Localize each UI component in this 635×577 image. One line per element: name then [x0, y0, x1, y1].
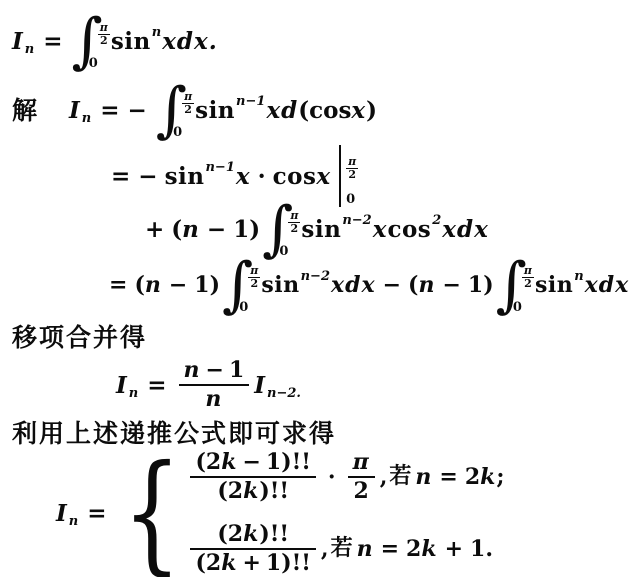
math-variable: k — [221, 450, 237, 474]
integral-upper-limit: π2 — [522, 256, 534, 290]
integral: ∫π20 — [496, 255, 534, 315]
math-function: sin — [195, 99, 235, 122]
math-operator: − — [242, 450, 260, 474]
mini-denominator: 2 — [289, 223, 301, 235]
superscript: 2 — [432, 214, 441, 227]
chinese-text: 若 — [389, 466, 413, 488]
numerator: (2k)!! — [212, 521, 294, 548]
solution-step-integration-by-parts: 解In= −∫π20sinn−1xd(cosx) — [12, 78, 377, 142]
integral-upper-limit: π2 — [248, 256, 260, 290]
math-text: 2 — [406, 538, 421, 560]
mini-numerator: π — [346, 156, 358, 168]
math-variable: x — [236, 165, 251, 188]
numerator: n−1 — [179, 357, 250, 384]
left-brace-icon: { — [122, 448, 181, 577]
fraction: π2 — [348, 449, 375, 505]
equation-in-definition: In=∫π20sinnxdx. — [12, 10, 218, 72]
math-operator: − — [169, 274, 187, 296]
integral-limits: π20 — [522, 255, 534, 315]
math-operator: − — [442, 274, 460, 296]
math-function: sin — [111, 30, 151, 53]
math-text: ) — [366, 99, 377, 122]
math-text: , — [321, 538, 329, 560]
math-variable: n — [357, 538, 374, 560]
equation-piecewise-result: In={(2k−1)!!(2k)!!·π2,若n=2k;(2k)!!(2k+1)… — [56, 450, 505, 576]
math-operator: = — [87, 502, 106, 525]
math-text: ; — [496, 466, 504, 488]
math-operator: = — [109, 274, 127, 296]
math-text: 2 — [465, 466, 480, 488]
subscript: n−2. — [267, 387, 301, 400]
integral: ∫π20 — [222, 255, 260, 315]
math-operator: + — [242, 551, 260, 575]
math-variable: n — [182, 218, 200, 241]
text-rearrange-terms: 移项合并得 — [12, 322, 147, 352]
superscript: n−1 — [236, 95, 265, 108]
math-function: sin — [165, 165, 205, 188]
math-text: (cos — [298, 99, 351, 122]
math-text: (2 — [195, 551, 221, 575]
integral-lower-limit: 0 — [513, 301, 534, 314]
chinese-text: 移项合并得 — [12, 325, 147, 350]
mini-fraction: π2 — [248, 265, 260, 290]
math-operator: − — [207, 218, 226, 241]
integral-upper-limit: π2 — [182, 81, 194, 116]
math-text: )!! — [259, 479, 289, 503]
equation-recurrence: In=n−1nIn−2. — [116, 356, 303, 414]
math-variable: I — [116, 374, 128, 397]
integral-lower-limit: 0 — [239, 301, 260, 314]
math-operator: = — [43, 30, 62, 53]
math-text: 1. — [470, 538, 493, 560]
math-text: 1) — [233, 218, 260, 241]
mini-fraction: π2 — [522, 265, 534, 290]
solution-step-expanded-integral: +(n−1)∫π20sinn−2xcos2xdx — [138, 198, 489, 260]
superscript: n−2 — [342, 214, 371, 227]
math-variable: I — [69, 99, 81, 122]
math-variable: n — [184, 358, 201, 382]
math-variable: n — [205, 387, 222, 411]
fraction: n−1n — [179, 357, 250, 413]
math-variable: xdx — [585, 274, 630, 296]
superscript: n−2 — [301, 270, 330, 283]
integral: ∫π20 — [262, 199, 300, 259]
math-text: (2 — [217, 479, 243, 503]
subscript: n — [129, 387, 138, 400]
mini-numerator: π — [248, 265, 260, 277]
math-operator: = — [381, 538, 399, 560]
math-variable: x — [351, 99, 366, 122]
math-function: cos — [273, 165, 317, 188]
math-variable: xdx. — [162, 30, 218, 53]
integral-limits: π20 — [288, 199, 300, 259]
math-variable: k — [243, 479, 259, 503]
math-variable: k — [221, 551, 237, 575]
math-variable: n — [415, 466, 432, 488]
math-variable: x — [373, 218, 388, 241]
math-text: 1) — [468, 274, 494, 296]
math-text: 1)!! — [266, 551, 311, 575]
subscript: n — [69, 515, 78, 528]
math-operator: + — [145, 218, 164, 241]
math-text: (2 — [217, 522, 243, 546]
piecewise-cases: {(2k−1)!!(2k)!!·π2,若n=2k;(2k)!!(2k+1)!!,… — [116, 447, 505, 577]
math-text: ( — [408, 274, 418, 296]
math-variable: xdx — [331, 274, 376, 296]
math-function: sin — [301, 218, 341, 241]
math-function: sin — [535, 274, 573, 296]
math-text: 2 — [353, 479, 368, 503]
numerator: (2k−1)!! — [190, 449, 315, 476]
math-operator: − — [206, 358, 224, 382]
math-function: sin — [261, 274, 299, 296]
integral: ∫π20 — [156, 80, 194, 140]
mini-denominator: 2 — [248, 278, 260, 290]
math-operator: = − — [100, 99, 147, 122]
math-variable: x — [316, 165, 331, 188]
denominator: (2k+1)!! — [190, 550, 315, 577]
integral-lower-limit: 0 — [173, 126, 194, 139]
mini-fraction: π2 — [182, 91, 194, 116]
mini-fraction: π2 — [98, 22, 110, 47]
math-operator: = — [147, 374, 166, 397]
mini-denominator: 2 — [346, 169, 358, 181]
math-text: ( — [171, 218, 182, 241]
math-variable: xd — [266, 99, 298, 122]
math-variable: k — [243, 522, 259, 546]
math-function: cos — [387, 218, 431, 241]
subscript: n — [25, 43, 34, 56]
numerator: π — [348, 449, 375, 476]
mini-denominator: 2 — [522, 278, 534, 290]
math-text: 1 — [229, 358, 244, 382]
fraction: (2k)!!(2k+1)!! — [190, 521, 315, 577]
math-text: 1) — [194, 274, 220, 296]
integral-upper-limit: π2 — [98, 12, 110, 47]
fraction: (2k−1)!!(2k)!! — [190, 449, 315, 505]
math-variable: I — [12, 30, 24, 53]
math-operator: − — [383, 274, 401, 296]
math-text: , — [380, 466, 388, 488]
superscript: n−1 — [205, 161, 234, 174]
math-operator: + — [445, 538, 463, 560]
math-variable: I — [254, 374, 266, 397]
integral-lower-limit: 0 — [89, 57, 110, 70]
math-variable: π — [353, 450, 370, 474]
integral: ∫π20 — [72, 11, 110, 71]
mini-numerator: π — [522, 265, 534, 277]
math-variable: k — [480, 466, 496, 488]
evaluation-upper-limit: π2 — [346, 146, 358, 181]
math-text: )!! — [259, 522, 289, 546]
mini-numerator: π — [182, 91, 194, 103]
case-rows: (2k−1)!!(2k)!!·π2,若n=2k;(2k)!!(2k+1)!!,若… — [185, 449, 504, 577]
mini-denominator: 2 — [98, 35, 110, 47]
math-text: (2 — [195, 450, 221, 474]
superscript: n — [574, 270, 583, 283]
chinese-text: 若 — [331, 538, 355, 560]
mini-numerator: π — [98, 22, 110, 34]
case-row-2: (2k)!!(2k+1)!!,若n=2k+1. — [185, 521, 504, 577]
math-operator: = — [439, 466, 457, 488]
superscript: n — [152, 26, 161, 39]
denominator: 2 — [348, 478, 373, 505]
mini-fraction: π2 — [346, 156, 358, 181]
math-document-page: In=∫π20sinnxdx. 解In= −∫π20sinn−1xd(cosx)… — [0, 0, 635, 577]
denominator: (2k)!! — [212, 478, 294, 505]
math-operator: · — [328, 466, 336, 488]
math-operator: = − — [111, 165, 158, 188]
math-text: 1)!! — [266, 450, 311, 474]
math-text: ( — [134, 274, 144, 296]
math-variable: k — [421, 538, 437, 560]
mini-numerator: π — [288, 210, 300, 222]
mini-fraction: π2 — [288, 210, 300, 235]
case-row-1: (2k−1)!!(2k)!!·π2,若n=2k; — [185, 449, 504, 505]
integral-limits: π20 — [182, 80, 194, 140]
integral-upper-limit: π2 — [288, 200, 300, 235]
integral-limits: π20 — [98, 11, 110, 71]
math-variable: n — [145, 274, 162, 296]
solution-label: 解 — [12, 98, 37, 123]
subscript: n — [82, 112, 91, 125]
mini-denominator: 2 — [182, 104, 194, 116]
math-variable: xdx — [442, 218, 489, 241]
solution-step-split-integrals: =(n−1)∫π20sinn−2xdx−(n−1)∫π20sinnxdx — [102, 254, 629, 316]
denominator: n — [200, 386, 227, 413]
math-operator: · — [258, 165, 266, 188]
math-variable: I — [56, 502, 68, 525]
math-variable: n — [418, 274, 435, 296]
integral-limits: π20 — [248, 255, 260, 315]
